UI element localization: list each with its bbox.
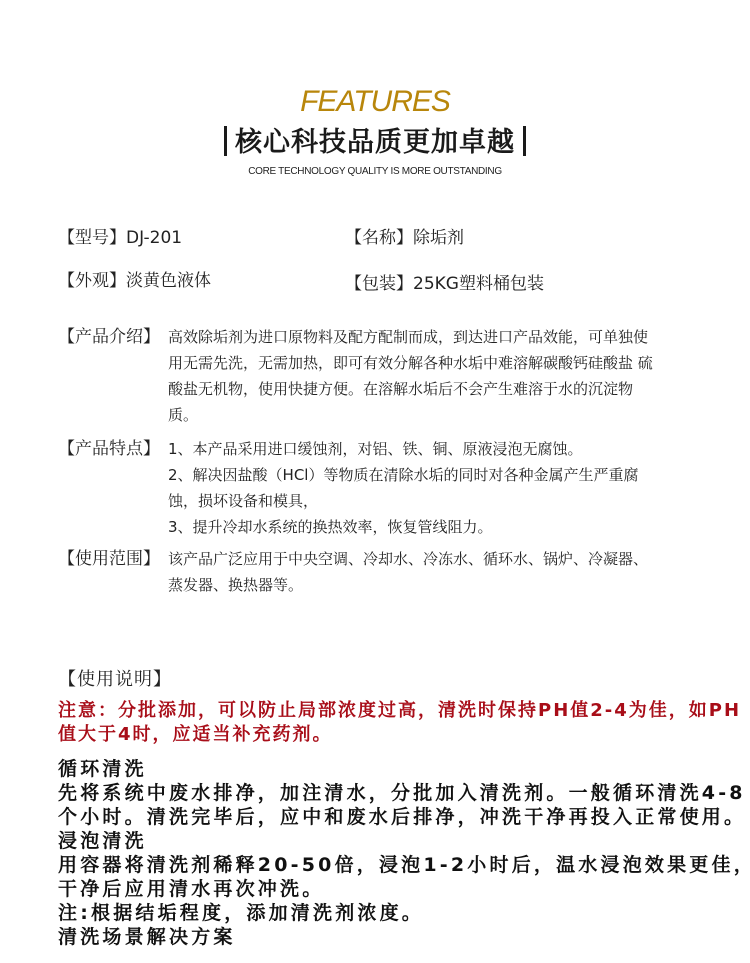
spec-appearance-value: 淡黄色液体 [126, 271, 211, 291]
main-title-text: 核心科技品质更加卓越 [235, 127, 515, 158]
divider-bar-left [224, 126, 227, 156]
spec-model-value: DJ-201 [126, 228, 182, 248]
usage-scope: 【使用范围】 该产品广泛应用于中央空调、冷却水、冷冻水、循环水、锅炉、冷凝器、蒸… [58, 546, 658, 598]
product-features-label: 【产品特点】 [58, 436, 168, 540]
spec-model: 【型号】DJ-201 [58, 226, 182, 250]
spec-appearance: 【外观】淡黄色液体 [58, 269, 211, 293]
divider-bar-right [523, 126, 526, 156]
usage-steps: 循环清洗 先将系统中废水排净，加注清水，分批加入清洗剂。一般循环清洗4-8个小时… [58, 757, 750, 949]
usage-notice: 注意：分批添加，可以防止局部浓度过高，清洗时保持PH值2-4为佳，如PH值大于4… [58, 699, 750, 747]
spec-name-label: 【名称】 [345, 228, 413, 248]
spec-packaging-value: 25KG塑料桶包装 [413, 274, 544, 294]
spec-appearance-label: 【外观】 [58, 271, 126, 291]
spec-name-value: 除垢剂 [413, 228, 464, 248]
features-header: FEATURES 核心科技品质更加卓越 CORE TECHNOLOGY QUAL… [0, 84, 750, 177]
product-intro: 【产品介绍】 高效除垢剂为进口原物料及配方配制而成，到达进口产品效能，可单独使用… [58, 324, 658, 428]
feature-item: 1、本产品采用进口缓蚀剂，对铝、铁、铜、原液浸泡无腐蚀。 [168, 436, 658, 462]
step-note: 注:根据结垢程度，添加清洗剂浓度。 [58, 901, 750, 925]
product-features-list: 1、本产品采用进口缓蚀剂，对铝、铁、铜、原液浸泡无腐蚀。 2、解决因盐酸（HCl… [168, 436, 658, 540]
step-heading-soak: 浸泡清洗 [58, 829, 750, 853]
product-features: 【产品特点】 1、本产品采用进口缓蚀剂，对铝、铁、铜、原液浸泡无腐蚀。 2、解决… [58, 436, 658, 540]
sub-title: CORE TECHNOLOGY QUALITY IS MORE OUTSTAND… [0, 166, 750, 177]
spec-model-label: 【型号】 [58, 228, 126, 248]
main-title: 核心科技品质更加卓越 [0, 126, 750, 160]
step-text-soak: 用容器将清洗剂稀释20-50倍，浸泡1-2小时后，温水浸泡效果更佳，干净后应用清… [58, 853, 750, 901]
usage-scope-label: 【使用范围】 [58, 546, 168, 598]
features-title: FEATURES [0, 84, 750, 120]
spec-name: 【名称】除垢剂 [345, 226, 464, 250]
step-heading-scenarios: 清洗场景解决方案 [58, 925, 750, 949]
usage-title: 【使用说明】 [58, 667, 750, 693]
spec-packaging-label: 【包装】 [345, 274, 413, 294]
usage-scope-text: 该产品广泛应用于中央空调、冷却水、冷冻水、循环水、锅炉、冷凝器、蒸发器、换热器等… [168, 546, 658, 598]
product-intro-text: 高效除垢剂为进口原物料及配方配制而成，到达进口产品效能，可单独使用无需先洗，无需… [168, 324, 658, 428]
step-text-circulation: 先将系统中废水排净，加注清水，分批加入清洗剂。一般循环清洗4-8个小时。清洗完毕… [58, 781, 750, 829]
usage-instructions: 【使用说明】 注意：分批添加，可以防止局部浓度过高，清洗时保持PH值2-4为佳，… [58, 667, 750, 949]
step-heading-circulation: 循环清洗 [58, 757, 750, 781]
spec-packaging: 【包装】25KG塑料桶包装 [345, 272, 544, 296]
feature-item: 3、提升冷却水系统的换热效率，恢复管线阻力。 [168, 514, 658, 540]
feature-item: 2、解决因盐酸（HCl）等物质在清除水垢的同时对各种金属产生严重腐蚀，损坏设备和… [168, 462, 658, 514]
product-intro-label: 【产品介绍】 [58, 324, 168, 428]
